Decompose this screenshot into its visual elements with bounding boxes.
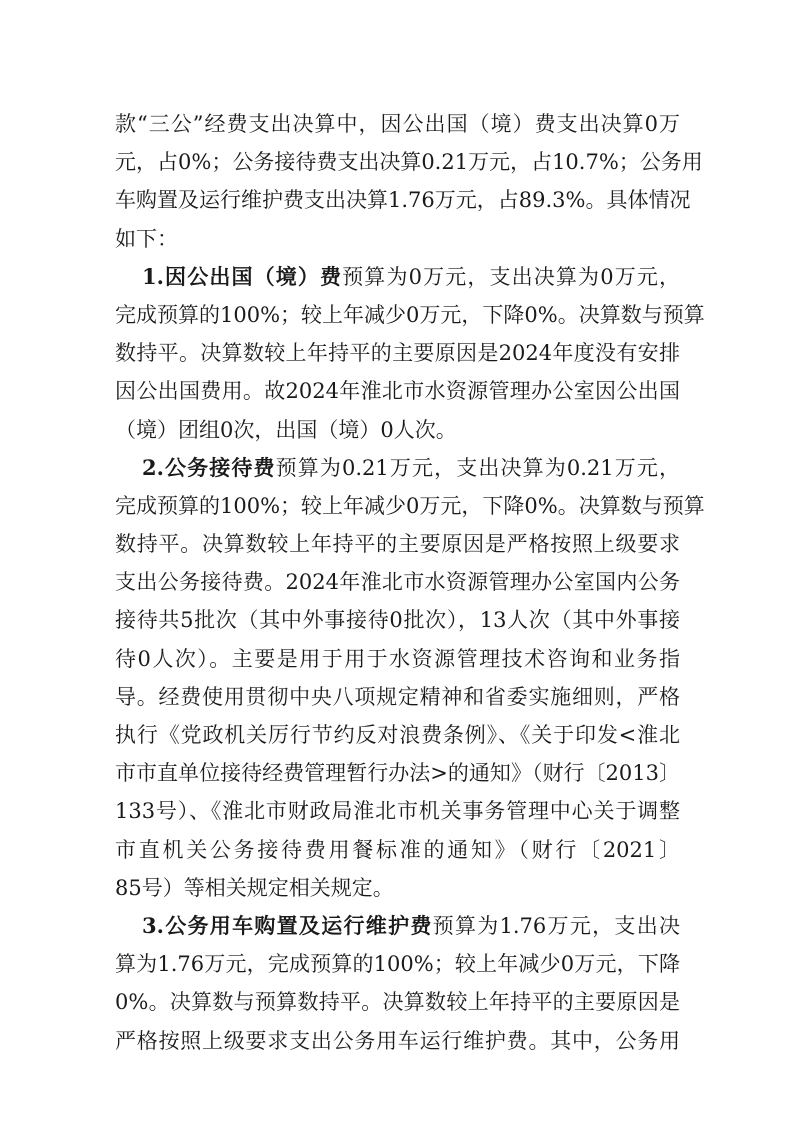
text-run: 预算为1.76万元，支出决 bbox=[433, 914, 680, 938]
text-line: 市市直单位接待经费管理暂行办法>的通知》（财行〔2013〕 bbox=[115, 754, 680, 792]
text-line: 如下： bbox=[115, 220, 680, 258]
text-line: 85号）等相关规定相关规定。 bbox=[115, 869, 680, 907]
text-line: 严格按照上级要求支出公务用车运行维护费。其中，公务用 bbox=[115, 1022, 680, 1060]
text-run: 预算为0万元，支出决算为0万元， bbox=[342, 265, 680, 289]
text-line: 2.公务接待费预算为0.21万元，支出决算为0.21万元， bbox=[115, 449, 680, 487]
text-line: 数持平。决算数较上年持平的主要原因是2024年度没有安排 bbox=[115, 334, 680, 372]
text-line: 3.公务用车购置及运行维护费预算为1.76万元，支出决 bbox=[115, 907, 680, 945]
section-heading: 1.因公出国（境）费 bbox=[142, 264, 342, 289]
document-page: 款“三公”经费支出决算中，因公出国（境）费支出决算0万 元，占0%；公务接待费支… bbox=[115, 105, 680, 1060]
text-line: 元，占0%；公务接待费支出决算0.21万元，占10.7%；公务用 bbox=[115, 143, 680, 181]
text-line: 133号）、《淮北市财政局淮北市机关事务管理中心关于调整 bbox=[115, 792, 680, 830]
paragraph-official-reception: 2.公务接待费预算为0.21万元，支出决算为0.21万元， 完成预算的100%；… bbox=[115, 449, 680, 907]
paragraph-official-vehicle: 3.公务用车购置及运行维护费预算为1.76万元，支出决 算为1.76万元，完成预… bbox=[115, 907, 680, 1060]
text-run: 预算为0.21万元，支出决算为0.21万元， bbox=[276, 456, 680, 480]
section-heading: 3.公务用车购置及运行维护费 bbox=[142, 913, 433, 938]
text-line: 接待共5批次（其中外事接待0批次），13人次（其中外事接 bbox=[115, 601, 680, 639]
text-line: 1.因公出国（境）费预算为0万元，支出决算为0万元， bbox=[115, 258, 680, 296]
text-line: 车购置及运行维护费支出决算1.76万元，占89.3%。具体情况 bbox=[115, 181, 680, 219]
text-line: 完成预算的100%；较上年减少0万元，下降0%。决算数与预算 bbox=[115, 487, 680, 525]
text-line: 因公出国费用。故2024年淮北市水资源管理办公室因公出国 bbox=[115, 372, 680, 410]
text-line: 款“三公”经费支出决算中，因公出国（境）费支出决算0万 bbox=[115, 105, 680, 143]
text-line: 完成预算的100%；较上年减少0万元，下降0%。决算数与预算 bbox=[115, 296, 680, 334]
section-heading: 2.公务接待费 bbox=[142, 455, 276, 480]
text-line: 执行《党政机关厉行节约反对浪费条例》、《关于印发<淮北 bbox=[115, 716, 680, 754]
text-line: 0%。决算数与预算数持平。决算数较上年持平的主要原因是 bbox=[115, 983, 680, 1021]
text-line: 市直机关公务接待费用餐标准的通知》（财行〔2021〕 bbox=[115, 831, 680, 869]
text-line: 支出公务接待费。2024年淮北市水资源管理办公室国内公务 bbox=[115, 563, 680, 601]
paragraph-overseas-travel: 1.因公出国（境）费预算为0万元，支出决算为0万元， 完成预算的100%；较上年… bbox=[115, 258, 680, 449]
text-line: 算为1.76万元，完成预算的100%；较上年减少0万元，下降 bbox=[115, 945, 680, 983]
text-line: 数持平。决算数较上年持平的主要原因是严格按照上级要求 bbox=[115, 525, 680, 563]
text-line: （境）团组0次，出国（境）0人次。 bbox=[115, 411, 680, 449]
text-line: 待0人次）。主要是用于用于水资源管理技术咨询和业务指 bbox=[115, 640, 680, 678]
paragraph-intro: 款“三公”经费支出决算中，因公出国（境）费支出决算0万 元，占0%；公务接待费支… bbox=[115, 105, 680, 258]
text-line: 导。经费使用贯彻中央八项规定精神和省委实施细则，严格 bbox=[115, 678, 680, 716]
